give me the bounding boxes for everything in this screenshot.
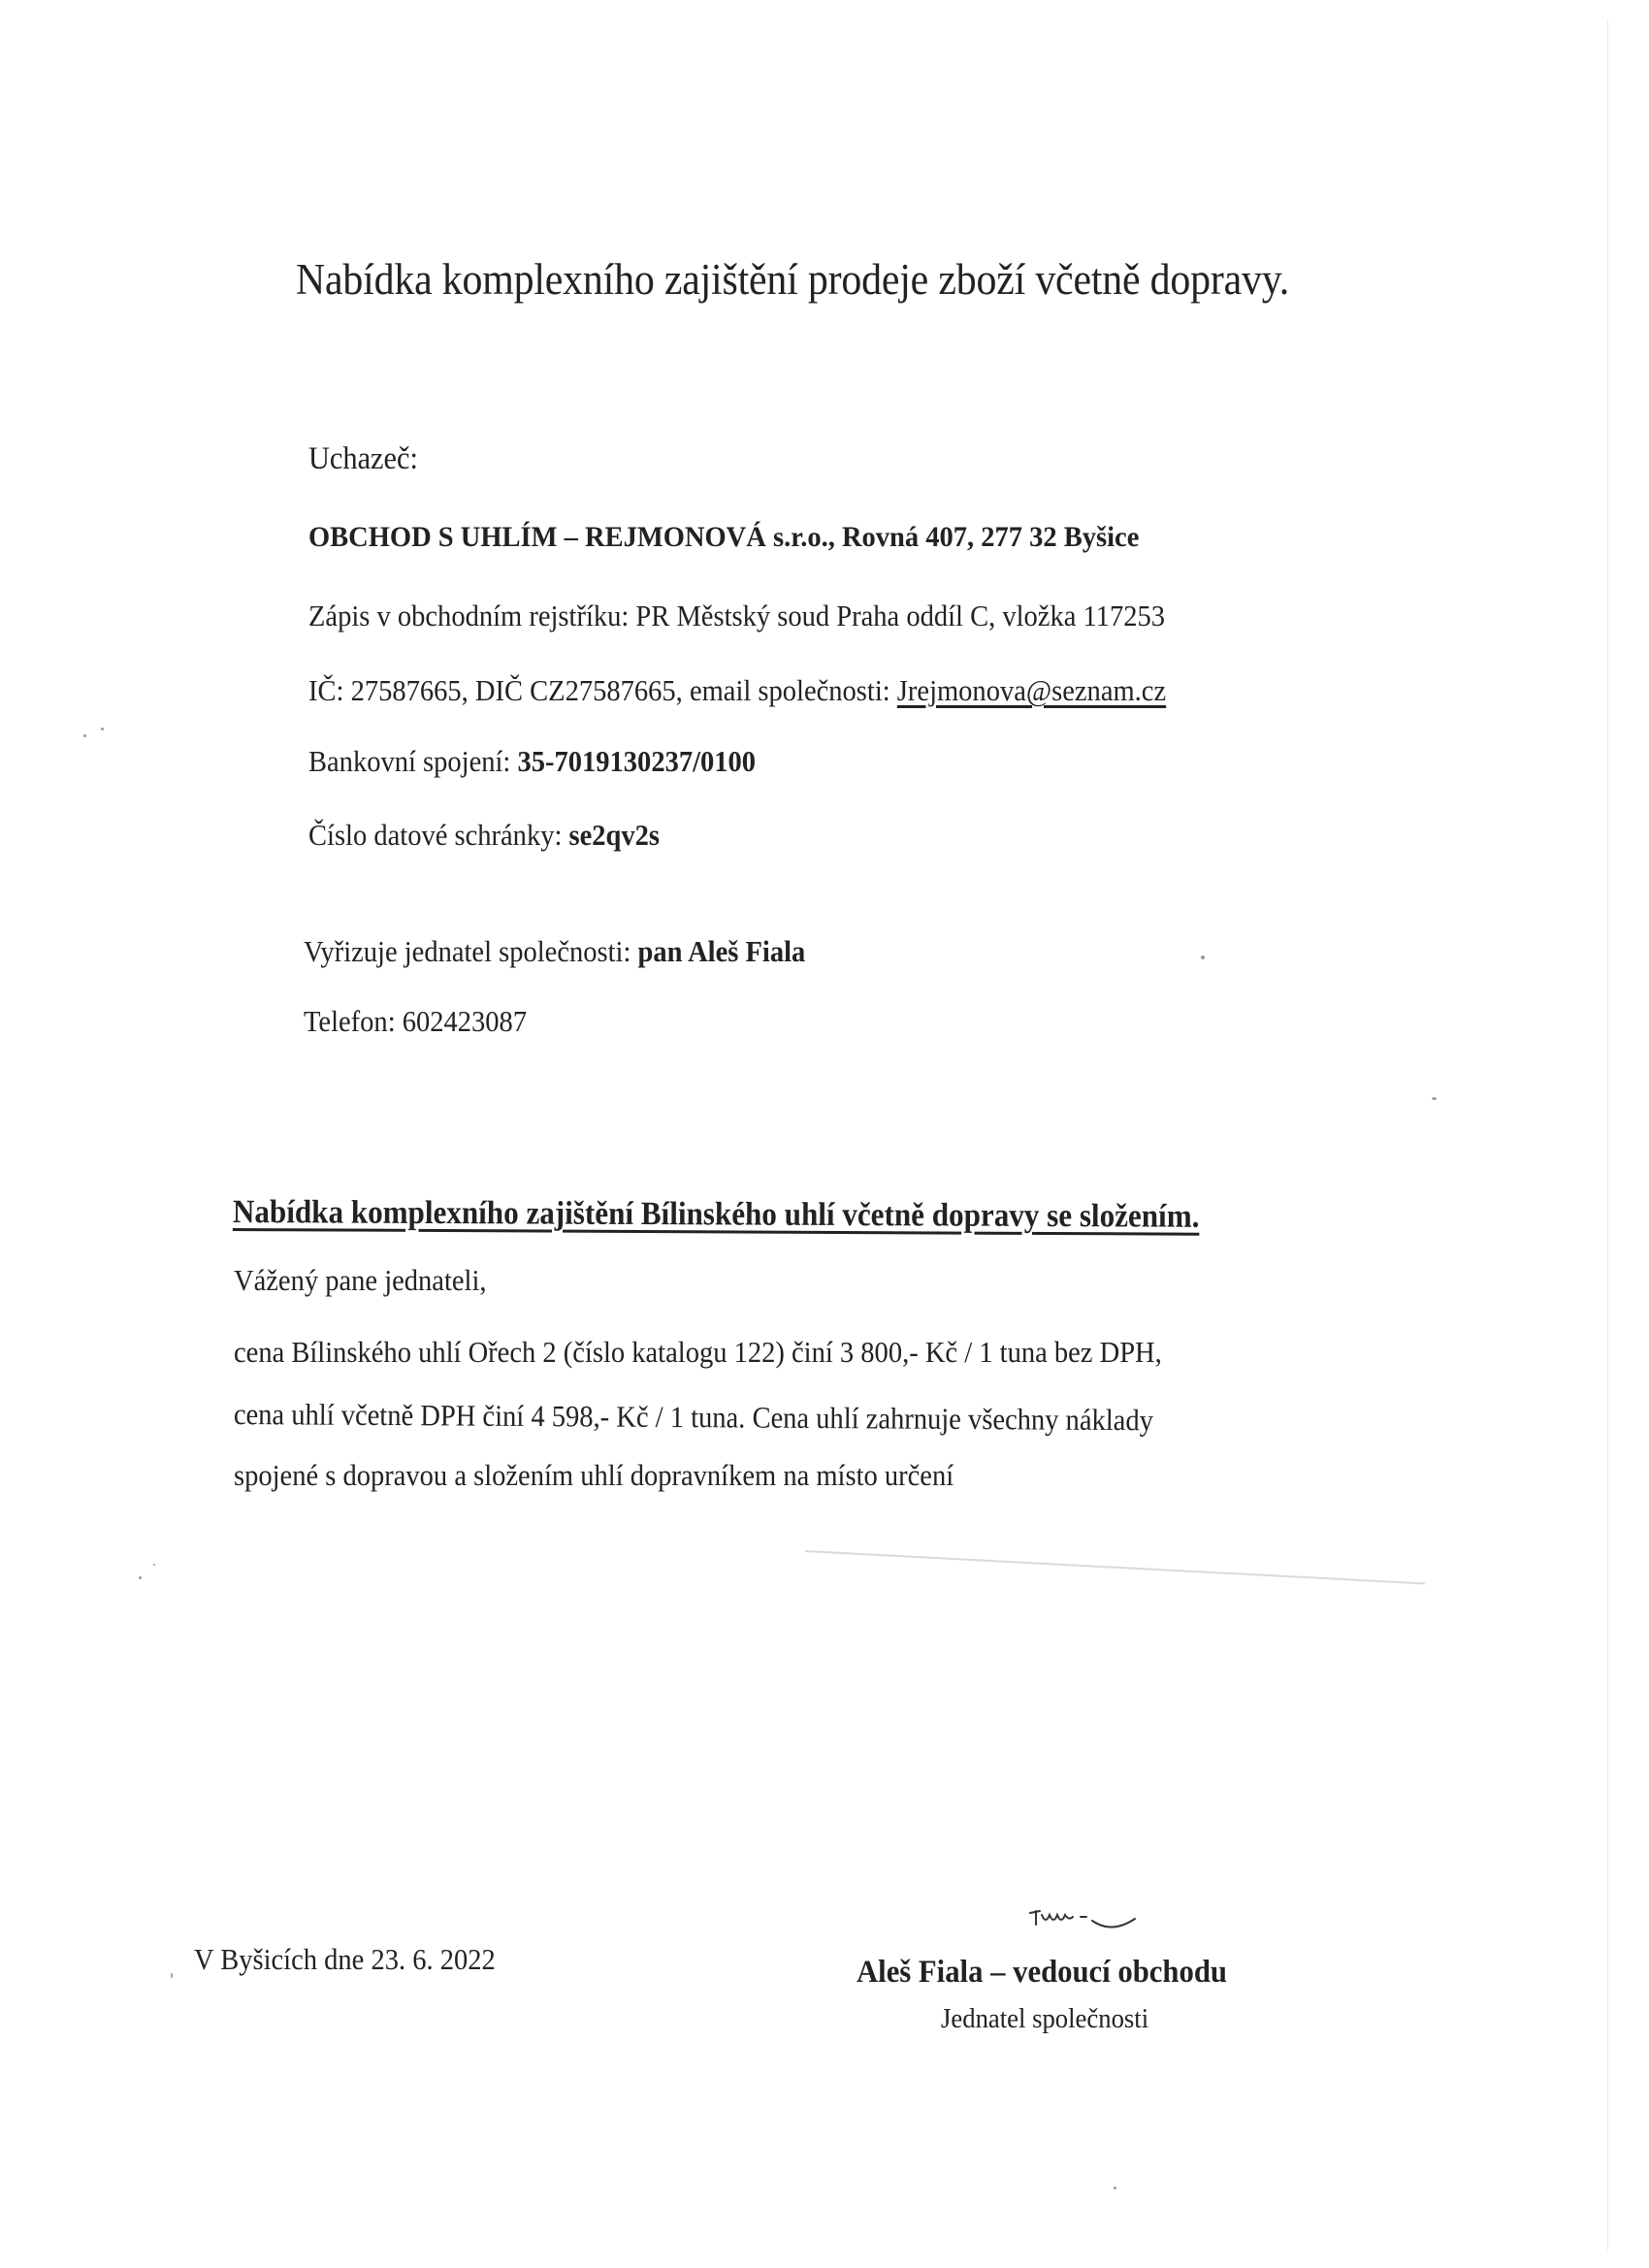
scan-speck	[1432, 1097, 1437, 1100]
company-registry: Zápis v obchodním rejstříku: PR Městský …	[308, 599, 1165, 633]
scan-speck	[101, 728, 104, 730]
databox-label: Číslo datové schránky:	[308, 818, 569, 852]
offer-line: cena uhlí včetně DPH činí 4 598,- Kč / 1…	[234, 1397, 1153, 1438]
scan-crease-mark	[805, 1550, 1425, 1584]
applicant-label: Uchazeč:	[308, 441, 418, 477]
scan-speck	[1201, 956, 1205, 959]
offer-line: cena Bílinského uhlí Ořech 2 (číslo kata…	[234, 1335, 1162, 1370]
contact-label: Vyřizuje jednatel společnosti:	[304, 934, 638, 968]
company-name-address: OBCHOD S UHLÍM – REJMONOVÁ s.r.o., Rovná…	[308, 521, 1139, 554]
databox: Číslo datové schránky: se2qv2s	[308, 818, 660, 853]
scan-speck	[171, 1973, 173, 1978]
document-title: Nabídka komplexního zajištění prodeje zb…	[296, 254, 1289, 305]
place-and-date: V Byšicích dne 23. 6. 2022	[194, 1942, 496, 1977]
bank-connection: Bankovní spojení: 35-7019130237/0100	[308, 744, 756, 779]
contact-person: Vyřizuje jednatel společnosti: pan Aleš …	[304, 934, 805, 969]
phone-number: Telefon: 602423087	[304, 1004, 527, 1039]
company-ids: IČ: 27587665, DIČ CZ27587665, email spol…	[308, 673, 1166, 708]
company-ids-text: IČ: 27587665, DIČ CZ27587665, email spol…	[308, 673, 897, 707]
bank-account: 35-7019130237/0100	[517, 744, 756, 778]
scan-speck	[139, 1576, 142, 1579]
signatory-name: Aleš Fiala – vedoucí obchodu	[857, 1955, 1227, 1991]
salutation: Vážený pane jednateli,	[234, 1263, 487, 1298]
handwritten-signature-icon	[1028, 1901, 1193, 1940]
scan-speck	[153, 1564, 155, 1566]
scan-speck	[1114, 2187, 1116, 2189]
contact-name: pan Aleš Fiala	[638, 934, 806, 968]
offer-line: spojené s dopravou a složením uhlí dopra…	[234, 1458, 954, 1493]
databox-id: se2qv2s	[569, 818, 661, 852]
scan-edge-line	[1607, 19, 1608, 2251]
bank-label: Bankovní spojení:	[308, 744, 517, 778]
company-email-link[interactable]: Jrejmonova@seznam.cz	[897, 673, 1166, 707]
offer-heading: Nabídka komplexního zajištění Bílinského…	[233, 1194, 1200, 1236]
signatory-role: Jednatel společnosti	[941, 2003, 1148, 2035]
scan-speck	[83, 734, 86, 737]
